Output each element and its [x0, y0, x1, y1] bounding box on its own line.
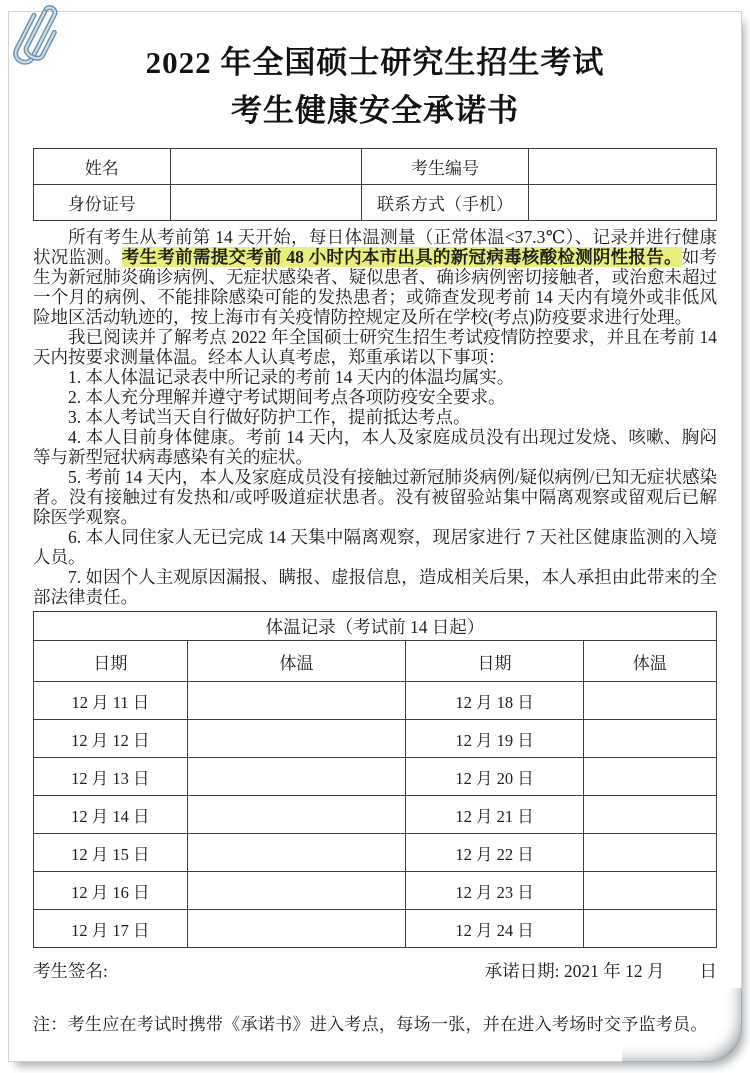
temperature-input-cell[interactable]	[187, 682, 406, 720]
temperature-input-cell[interactable]	[187, 758, 406, 796]
signature-row: 考生签名: 承诺日期: 2021 年 12 月 日	[33, 958, 717, 983]
temperature-input-cell[interactable]	[583, 910, 716, 948]
commitment-item-7: 7. 如因个人主观原因漏报、瞒报、虚报信息，造成相关后果，本人承担由此带来的全部…	[33, 567, 717, 607]
temperature-column-header-1: 体温	[187, 641, 406, 682]
info-row-1: 姓名 考生编号	[34, 149, 717, 185]
temperature-input-cell[interactable]	[187, 872, 406, 910]
temperature-input-cell[interactable]	[187, 796, 406, 834]
phone-label: 联系方式（手机）	[361, 185, 528, 221]
date-cell: 12 月 22 日	[406, 834, 584, 872]
document-title: 2022 年全国硕士研究生招生考试 考生健康安全承诺书	[33, 39, 717, 135]
temp-row-7: 12 月 17 日 12 月 24 日	[34, 910, 717, 948]
temperature-input-cell[interactable]	[583, 720, 716, 758]
temp-row-2: 12 月 12 日 12 月 19 日	[34, 720, 717, 758]
date-cell: 12 月 15 日	[34, 834, 188, 872]
commitment-paragraph-1: 所有考生从考前第 14 天开始，每日体温测量（正常体温<37.3℃）、记录并进行…	[33, 227, 717, 327]
commitment-item-5: 5. 考前 14 天内，本人及家庭成员没有接触过新冠肺炎病例/疑似病例/已知无症…	[33, 467, 717, 527]
temperature-input-cell[interactable]	[583, 834, 716, 872]
date-cell: 12 月 19 日	[406, 720, 584, 758]
commitment-body: 所有考生从考前第 14 天开始，每日体温测量（正常体温<37.3℃）、记录并进行…	[33, 227, 717, 607]
commitment-date-label: 承诺日期: 2021 年 12 月 日	[485, 958, 717, 983]
name-label: 姓名	[34, 149, 171, 185]
candidate-number-label: 考生编号	[361, 149, 528, 185]
info-row-2: 身份证号 联系方式（手机）	[34, 185, 717, 221]
paperclip-icon	[13, 1, 67, 85]
temperature-column-header-2: 体温	[583, 641, 716, 682]
date-cell: 12 月 14 日	[34, 796, 188, 834]
temp-table-title-row: 体温记录（考试前 14 日起）	[34, 612, 717, 641]
commitment-item-4: 4. 本人目前身体健康。考前 14 天内，本人及家庭成员没有出现过发烧、咳嗽、胸…	[33, 427, 717, 467]
temp-row-3: 12 月 13 日 12 月 20 日	[34, 758, 717, 796]
signature-label[interactable]: 考生签名:	[33, 958, 108, 983]
temperature-input-cell[interactable]	[583, 872, 716, 910]
temperature-input-cell[interactable]	[583, 758, 716, 796]
commitment-item-3: 3. 本人考试当天自行做好防护工作，提前抵达考点。	[33, 407, 717, 427]
date-cell: 12 月 24 日	[406, 910, 584, 948]
date-cell: 12 月 12 日	[34, 720, 188, 758]
name-input-cell[interactable]	[170, 149, 361, 185]
candidate-number-input-cell[interactable]	[529, 149, 717, 185]
document-title-line1: 2022 年全国硕士研究生招生考试	[33, 39, 717, 87]
temperature-input-cell[interactable]	[187, 910, 406, 948]
temp-row-6: 12 月 16 日 12 月 23 日	[34, 872, 717, 910]
date-cell: 12 月 23 日	[406, 872, 584, 910]
commitment-paragraph-2: 我已阅读并了解考点 2022 年全国硕士研究生招生考试疫情防控要求，并且在考前 …	[33, 327, 717, 367]
date-cell: 12 月 17 日	[34, 910, 188, 948]
date-cell: 12 月 16 日	[34, 872, 188, 910]
id-number-label: 身份证号	[34, 185, 171, 221]
temp-table-header-row: 日期 体温 日期 体温	[34, 641, 717, 682]
commitment-item-1: 1. 本人体温记录表中所记录的考前 14 天内的体温均属实。	[33, 367, 717, 387]
temp-table-title: 体温记录（考试前 14 日起）	[34, 612, 717, 641]
temperature-input-cell[interactable]	[187, 834, 406, 872]
footer-note: 注：考生应在考试时携带《承诺书》进入考点，每场一张，并在进入考场时交予监考员。	[33, 1010, 717, 1035]
temp-row-4: 12 月 14 日 12 月 21 日	[34, 796, 717, 834]
highlighted-nucleic-acid-notice: 考生考前需提交考前 48 小时内本市出具的新冠病毒核酸检测阴性报告。	[122, 247, 682, 267]
date-cell: 12 月 13 日	[34, 758, 188, 796]
date-column-header-1: 日期	[34, 641, 188, 682]
date-column-header-2: 日期	[406, 641, 584, 682]
date-cell: 12 月 18 日	[406, 682, 584, 720]
temp-row-1: 12 月 11 日 12 月 18 日	[34, 682, 717, 720]
date-cell: 12 月 21 日	[406, 796, 584, 834]
temperature-input-cell[interactable]	[583, 796, 716, 834]
temperature-input-cell[interactable]	[187, 720, 406, 758]
document-title-line2: 考生健康安全承诺书	[33, 87, 717, 135]
temp-row-5: 12 月 15 日 12 月 22 日	[34, 834, 717, 872]
phone-input-cell[interactable]	[529, 185, 717, 221]
candidate-info-table: 姓名 考生编号 身份证号 联系方式（手机）	[33, 148, 717, 221]
temperature-record-table: 体温记录（考试前 14 日起） 日期 体温 日期 体温 12 月 11 日 12…	[33, 611, 717, 948]
temperature-input-cell[interactable]	[583, 682, 716, 720]
id-number-input-cell[interactable]	[170, 185, 361, 221]
date-cell: 12 月 11 日	[34, 682, 188, 720]
commitment-item-6: 6. 本人同住家人无已完成 14 天集中隔离观察，现居家进行 7 天社区健康监测…	[33, 527, 717, 567]
commitment-item-2: 2. 本人充分理解并遵守考试期间考点各项防疫安全要求。	[33, 387, 717, 407]
document-sheet: 2022 年全国硕士研究生招生考试 考生健康安全承诺书 姓名 考生编号 身份证号…	[8, 11, 742, 1062]
date-cell: 12 月 20 日	[406, 758, 584, 796]
